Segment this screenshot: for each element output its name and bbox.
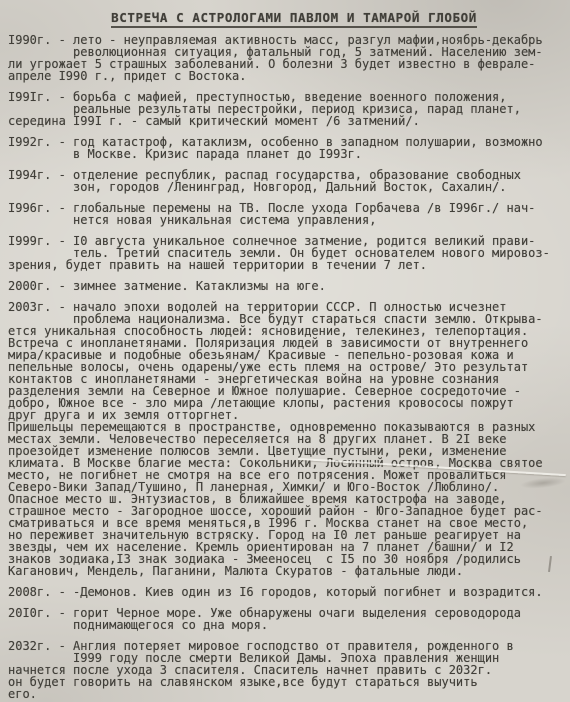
entry-1994: I994г. - отделение республик, распад гос… — [8, 169, 566, 193]
entry-1990: I990г. - лето - неуправляемая активность… — [8, 34, 566, 82]
entry-2003: 2003г. - начало эпохи водолей на террито… — [8, 301, 566, 577]
entry-1999: I999г. - I0 августа уникальное солнечное… — [8, 235, 566, 271]
entry-1996: I996г. - глобальные перемены на ТВ. Посл… — [8, 202, 566, 226]
entry-1991: I99Iг. - борьба с мафией, преступностью,… — [8, 91, 566, 127]
document-header: ВСТРЕЧА С АСТРОЛОГАМИ ПАВЛОМ И ТАМАРОЙ Г… — [22, 7, 566, 25]
scanned-document: ВСТРЕЧА С АСТРОЛОГАМИ ПАВЛОМ И ТАМАРОЙ Г… — [0, 0, 570, 702]
entry-1992: I992г. - год катастроф, катаклизм, особе… — [8, 136, 566, 160]
document-title: ВСТРЕЧА С АСТРОЛОГАМИ ПАВЛОМ И ТАМАРОЙ Г… — [111, 10, 477, 28]
entry-2000: 2000г. - зимнее затмение. Катаклизмы на … — [8, 280, 566, 292]
entry-2010: 20I0г. - горит Черное море. Уже обнаруже… — [8, 607, 566, 631]
entry-2008: 2008г. - -Демонов. Киев один из I6 город… — [8, 586, 566, 598]
entry-2032: 2032г. - Англия потеряет мировое господс… — [8, 640, 566, 700]
